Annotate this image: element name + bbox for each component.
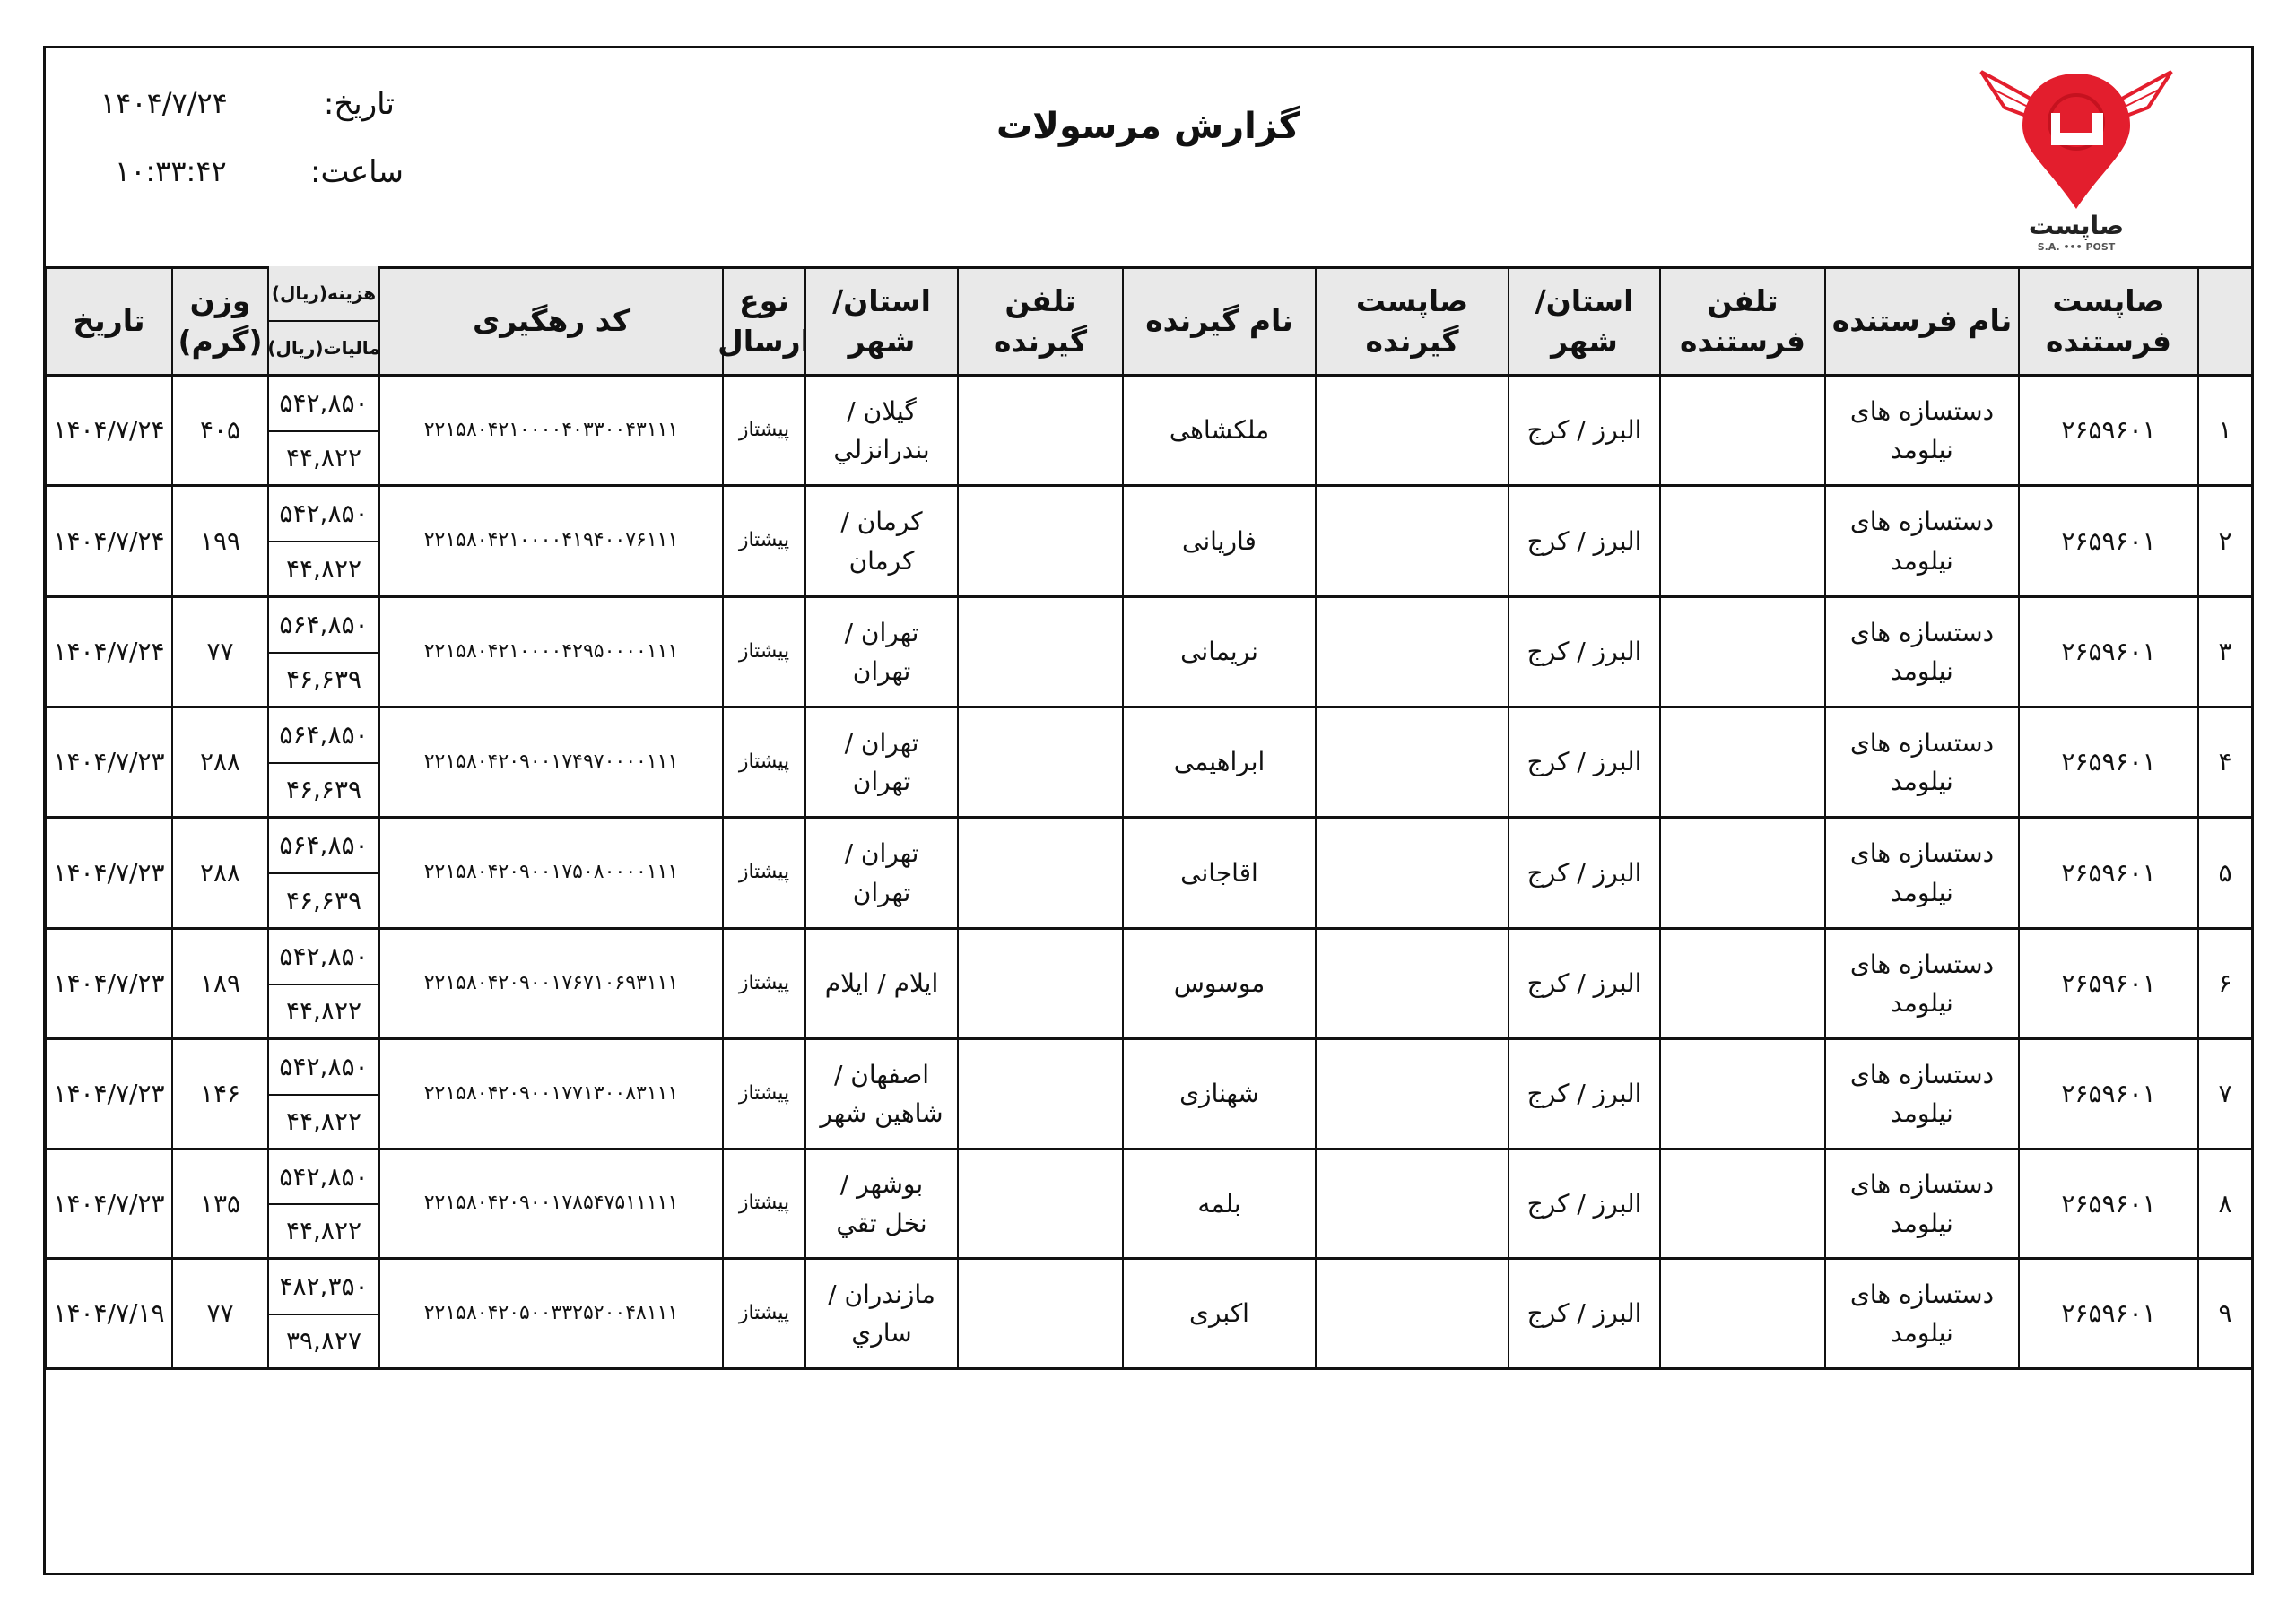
sender-sapost: ۲۶۵۹۶۰۱ <box>2020 598 2199 708</box>
tax-value: ۴۴,۸۲۲ <box>269 1096 380 1150</box>
receiver-city-text: تهران / تهران <box>815 724 948 802</box>
row-number: ۲ <box>2199 487 2253 598</box>
date: ۱۴۰۴/۷/۲۴ <box>44 487 173 598</box>
sender-name: دستسازه های نیلومد <box>1826 1040 2020 1150</box>
receiver-sapost <box>1317 819 1509 930</box>
receiver-phone <box>959 1260 1124 1370</box>
cost-value-text: ۵۶۴,۸۵۰ <box>279 826 368 864</box>
send-type-text: پیشتاز <box>739 857 789 888</box>
weight-text: ۴۰۵ <box>200 411 240 449</box>
sender-sapost: ۲۶۵۹۶۰۱ <box>2020 1260 2199 1370</box>
tax-value-text: ۴۶,۶۳۹ <box>286 770 361 809</box>
header-tax: مالیات(ریال) <box>269 322 380 377</box>
tax-value: ۴۴,۸۲۲ <box>269 1205 380 1260</box>
date-text: ۱۴۰۴/۷/۲۳ <box>53 964 164 1002</box>
receiver-name: ملکشاهی <box>1124 377 1317 487</box>
sender-city-text: البرز / کرج <box>1527 411 1642 449</box>
header-sender-city-text: استان/ شهر <box>1509 282 1659 361</box>
receiver-city-text: کرمان / کرمان <box>815 502 948 580</box>
header-receiver-sapost-text: صاپست گیرنده <box>1317 282 1508 361</box>
date: ۱۴۰۴/۷/۲۳ <box>44 1040 173 1150</box>
receiver-city-text: مازندران / ساري <box>815 1275 948 1353</box>
receiver-city: تهران / تهران <box>806 598 959 708</box>
receiver-city: بوشهر / نخل تقي <box>806 1150 959 1260</box>
date: ۱۴۰۴/۷/۲۴ <box>44 598 173 708</box>
tax-value-text: ۴۴,۸۲۲ <box>286 992 361 1030</box>
header-receiver-city-text: استان/ شهر <box>806 282 957 361</box>
receiver-phone <box>959 930 1124 1040</box>
header-tax-text: مالیات(ریال) <box>267 336 379 360</box>
sender-name: دستسازه های نیلومد <box>1826 1150 2020 1260</box>
cost-value-text: ۵۴۲,۸۵۰ <box>279 1158 368 1196</box>
sender-city: البرز / کرج <box>1509 377 1661 487</box>
sender-city-text: البرز / کرج <box>1527 1294 1642 1332</box>
weight-text: ۱۹۹ <box>200 522 240 560</box>
sender-name-text: دستسازه های نیلومد <box>1835 834 2009 912</box>
tracking-code: ۲۲۱۵۸۰۴۲۰۹۰۰۱۷۷۱۳۰۰۸۳۱۱۱ <box>380 1040 724 1150</box>
cost-value: ۵۴۲,۸۵۰ <box>269 487 380 542</box>
tracking-code-text: ۲۲۱۵۸۰۴۲۱۰۰۰۰۴۱۹۴۰۰۷۶۱۱۱ <box>424 525 679 556</box>
weight: ۴۰۵ <box>173 377 269 487</box>
header-receiver-phone: تلفن گیرنده <box>959 266 1124 377</box>
date: ۱۴۰۴/۷/۲۳ <box>44 708 173 819</box>
sender-sapost: ۲۶۵۹۶۰۱ <box>2020 819 2199 930</box>
sender-name: دستسازه های نیلومد <box>1826 487 2020 598</box>
sender-name: دستسازه های نیلومد <box>1826 708 2020 819</box>
sender-name-text: دستسازه های نیلومد <box>1835 392 2009 470</box>
tax-value: ۴۴,۸۲۲ <box>269 985 380 1040</box>
header-weight-text: وزن (گرم) <box>173 282 267 361</box>
date: ۱۴۰۴/۷/۲۳ <box>44 930 173 1040</box>
receiver-name: اکبری <box>1124 1260 1317 1370</box>
receiver-name: اقاجانی <box>1124 819 1317 930</box>
tax-value: ۴۶,۶۳۹ <box>269 764 380 819</box>
receiver-city: ایلام / ایلام <box>806 930 959 1040</box>
receiver-sapost <box>1317 1150 1509 1260</box>
tracking-code: ۲۲۱۵۸۰۴۲۰۹۰۰۱۷۴۹۷۰۰۰۰۱۱۱ <box>380 708 724 819</box>
sender-name-text: دستسازه های نیلومد <box>1835 1275 2009 1353</box>
receiver-name-text: ابراهیمی <box>1174 742 1265 781</box>
tracking-code-text: ۲۲۱۵۸۰۴۲۰۹۰۰۱۷۶۷۱۰۶۹۳۱۱۱ <box>424 968 679 999</box>
send-type-text: پیشتاز <box>739 1079 789 1109</box>
receiver-name-text: شهنازی <box>1179 1074 1259 1113</box>
receiver-sapost <box>1317 1040 1509 1150</box>
cost-value-text: ۵۴۲,۸۵۰ <box>279 1047 368 1086</box>
header-receiver-city: استان/ شهر <box>806 266 959 377</box>
tracking-code-text: ۲۲۱۵۸۰۴۲۰۹۰۰۱۷۷۱۳۰۰۸۳۱۱۱ <box>424 1079 679 1109</box>
tax-value-text: ۴۴,۸۲۲ <box>286 550 361 588</box>
sender-city-text: البرز / کرج <box>1527 742 1642 781</box>
row-number-text: ۳ <box>2218 632 2231 671</box>
header-sender-city: استان/ شهر <box>1509 266 1661 377</box>
sender-sapost-text: ۲۶۵۹۶۰۱ <box>2061 411 2155 449</box>
receiver-sapost <box>1317 377 1509 487</box>
sender-name: دستسازه های نیلومد <box>1826 819 2020 930</box>
sender-phone <box>1661 487 1826 598</box>
row-number: ۴ <box>2199 708 2253 819</box>
receiver-name: شهنازی <box>1124 1040 1317 1150</box>
sender-phone <box>1661 377 1826 487</box>
cost-value-text: ۵۴۲,۸۵۰ <box>279 937 368 976</box>
cost-value: ۵۴۲,۸۵۰ <box>269 930 380 985</box>
tracking-code: ۲۲۱۵۸۰۴۲۰۹۰۰۱۷۶۷۱۰۶۹۳۱۱۱ <box>380 930 724 1040</box>
weight-text: ۲۸۸ <box>200 854 240 892</box>
row-number: ۷ <box>2199 1040 2253 1150</box>
receiver-city-text: تهران / تهران <box>815 834 948 912</box>
tax-value-text: ۴۶,۶۳۹ <box>286 881 361 920</box>
send-type: پیشتاز <box>724 1260 806 1370</box>
header-tracking-code-text: کد رهگیری <box>473 301 630 342</box>
send-type: پیشتاز <box>724 819 806 930</box>
receiver-phone <box>959 819 1124 930</box>
date-text: ۱۴۰۴/۷/۲۳ <box>53 1184 164 1223</box>
sender-sapost-text: ۲۶۵۹۶۰۱ <box>2061 1184 2155 1223</box>
receiver-phone <box>959 487 1124 598</box>
send-type-text: پیشتاز <box>739 1188 789 1219</box>
cost-value: ۵۶۴,۸۵۰ <box>269 598 380 654</box>
sender-name-text: دستسازه های نیلومد <box>1835 1165 2009 1243</box>
send-type: پیشتاز <box>724 930 806 1040</box>
cost-value: ۵۴۲,۸۵۰ <box>269 377 380 432</box>
tracking-code-text: ۲۲۱۵۸۰۴۲۰۹۰۰۱۷۸۵۴۷۵۱۱۱۱۱ <box>424 1188 679 1219</box>
row-number-text: ۵ <box>2218 854 2231 892</box>
date-text: ۱۴۰۴/۷/۱۹ <box>53 1294 164 1332</box>
send-type-text: پیشتاز <box>739 968 789 999</box>
send-type-text: پیشتاز <box>739 415 789 446</box>
row-number-text: ۴ <box>2218 742 2231 781</box>
cost-value-text: ۴۸۲,۳۵۰ <box>279 1267 368 1305</box>
date-text: ۱۴۰۴/۷/۲۴ <box>53 522 164 560</box>
header-send-type-text: نوع ارسال <box>717 282 811 361</box>
sender-name: دستسازه های نیلومد <box>1826 1260 2020 1370</box>
receiver-name-text: موسوس <box>1174 964 1265 1002</box>
sender-phone <box>1661 930 1826 1040</box>
date-text: ۱۴۰۴/۷/۲۳ <box>53 1074 164 1113</box>
receiver-name: نریمانی <box>1124 598 1317 708</box>
send-type: پیشتاز <box>724 487 806 598</box>
row-number: ۶ <box>2199 930 2253 1040</box>
sender-name-text: دستسازه های نیلومد <box>1835 502 2009 580</box>
sender-city: البرز / کرج <box>1509 819 1661 930</box>
tax-value-text: ۴۶,۶۳۹ <box>286 660 361 698</box>
receiver-phone <box>959 598 1124 708</box>
weight: ۱۸۹ <box>173 930 269 1040</box>
row-number-text: ۹ <box>2218 1294 2231 1332</box>
sender-sapost-text: ۲۶۵۹۶۰۱ <box>2061 1294 2155 1332</box>
weight-text: ۷۷ <box>206 1294 233 1332</box>
receiver-name: بلمه <box>1124 1150 1317 1260</box>
receiver-sapost <box>1317 598 1509 708</box>
row-number-text: ۲ <box>2218 522 2231 560</box>
header-weight: وزن (گرم) <box>173 266 269 377</box>
tax-value: ۴۴,۸۲۲ <box>269 432 380 487</box>
sender-city: البرز / کرج <box>1509 1150 1661 1260</box>
sender-sapost-text: ۲۶۵۹۶۰۱ <box>2061 632 2155 671</box>
cost-value-text: ۵۶۴,۸۵۰ <box>279 605 368 644</box>
receiver-phone <box>959 377 1124 487</box>
sender-phone <box>1661 1150 1826 1260</box>
send-type-text: پیشتاز <box>739 637 789 667</box>
receiver-name-text: اکبری <box>1189 1294 1249 1332</box>
header-cost: هزینه(ریال) <box>269 266 380 322</box>
sender-name-text: دستسازه های نیلومد <box>1835 1055 2009 1133</box>
date-text: ۱۴۰۴/۷/۲۴ <box>53 632 164 671</box>
header-receiver-sapost: صاپست گیرنده <box>1317 266 1509 377</box>
sender-city: البرز / کرج <box>1509 487 1661 598</box>
sender-phone <box>1661 819 1826 930</box>
sender-city: البرز / کرج <box>1509 598 1661 708</box>
header-receiver-name-text: نام گیرنده <box>1145 301 1293 342</box>
receiver-phone <box>959 1150 1124 1260</box>
cost-value: ۴۸۲,۳۵۰ <box>269 1260 380 1315</box>
date-text: ۱۴۰۴/۷/۲۳ <box>53 854 164 892</box>
sender-phone <box>1661 1040 1826 1150</box>
shipments-table: تاریخوزن (گرم)هزینه(ریال)مالیات(ریال)کد … <box>0 0 2296 1622</box>
sender-sapost-text: ۲۶۵۹۶۰۱ <box>2061 1074 2155 1113</box>
header-date: تاریخ <box>44 266 173 377</box>
receiver-sapost <box>1317 930 1509 1040</box>
weight: ۱۹۹ <box>173 487 269 598</box>
tracking-code-text: ۲۲۱۵۸۰۴۲۰۹۰۰۱۷۵۰۸۰۰۰۰۱۱۱ <box>424 857 679 888</box>
sender-city: البرز / کرج <box>1509 1260 1661 1370</box>
row-number-text: ۸ <box>2218 1184 2231 1223</box>
tracking-code-text: ۲۲۱۵۸۰۴۲۰۵۰۰۳۳۲۵۲۰۰۴۸۱۱۱ <box>424 1298 679 1329</box>
sender-sapost: ۲۶۵۹۶۰۱ <box>2020 1040 2199 1150</box>
tracking-code-text: ۲۲۱۵۸۰۴۲۱۰۰۰۰۴۲۹۵۰۰۰۰۱۱۱ <box>424 637 679 667</box>
receiver-name-text: بلمه <box>1197 1184 1240 1223</box>
receiver-name: فاریانی <box>1124 487 1317 598</box>
row-number: ۳ <box>2199 598 2253 708</box>
receiver-name: ابراهیمی <box>1124 708 1317 819</box>
receiver-name-text: فاریانی <box>1182 522 1257 560</box>
tax-value-text: ۳۹,۸۲۷ <box>286 1322 361 1360</box>
tracking-code: ۲۲۱۵۸۰۴۲۱۰۰۰۰۴۱۹۴۰۰۷۶۱۱۱ <box>380 487 724 598</box>
header-row-number <box>2199 266 2253 377</box>
receiver-sapost <box>1317 487 1509 598</box>
sender-sapost: ۲۶۵۹۶۰۱ <box>2020 930 2199 1040</box>
sender-name-text: دستسازه های نیلومد <box>1835 724 2009 802</box>
weight-text: ۱۴۶ <box>200 1074 240 1113</box>
receiver-city: تهران / تهران <box>806 708 959 819</box>
sender-city-text: البرز / کرج <box>1527 854 1642 892</box>
tracking-code-text: ۲۲۱۵۸۰۴۲۰۹۰۰۱۷۴۹۷۰۰۰۰۱۱۱ <box>424 747 679 777</box>
cost-value: ۵۶۴,۸۵۰ <box>269 819 380 874</box>
row-number-text: ۱ <box>2218 411 2231 449</box>
receiver-name-text: اقاجانی <box>1180 854 1258 892</box>
sender-city-text: البرز / کرج <box>1527 1184 1642 1223</box>
receiver-name-text: نریمانی <box>1180 632 1258 671</box>
sender-sapost: ۲۶۵۹۶۰۱ <box>2020 1150 2199 1260</box>
receiver-city: گیلان / بندرانزلي <box>806 377 959 487</box>
receiver-name-text: ملکشاهی <box>1170 411 1269 449</box>
header-sender-name: نام فرستنده <box>1826 266 2020 377</box>
row-number: ۵ <box>2199 819 2253 930</box>
send-type: پیشتاز <box>724 1040 806 1150</box>
receiver-phone <box>959 1040 1124 1150</box>
tax-value: ۴۶,۶۳۹ <box>269 874 380 930</box>
date-text: ۱۴۰۴/۷/۲۴ <box>53 411 164 449</box>
receiver-city-text: بوشهر / نخل تقي <box>815 1165 948 1243</box>
tax-value: ۴۶,۶۳۹ <box>269 654 380 708</box>
tracking-code-text: ۲۲۱۵۸۰۴۲۱۰۰۰۰۴۰۳۳۰۰۴۳۱۱۱ <box>424 415 679 446</box>
cost-value-text: ۵۶۴,۸۵۰ <box>279 716 368 754</box>
sender-name: دستسازه های نیلومد <box>1826 377 2020 487</box>
receiver-city-text: گیلان / بندرانزلي <box>815 392 948 470</box>
tracking-code: ۲۲۱۵۸۰۴۲۰۹۰۰۱۷۸۵۴۷۵۱۱۱۱۱ <box>380 1150 724 1260</box>
receiver-city: اصفهان / شاهین شهر <box>806 1040 959 1150</box>
date: ۱۴۰۴/۷/۲۳ <box>44 1150 173 1260</box>
receiver-phone <box>959 708 1124 819</box>
date: ۱۴۰۴/۷/۲۴ <box>44 377 173 487</box>
date: ۱۴۰۴/۷/۲۳ <box>44 819 173 930</box>
send-type: پیشتاز <box>724 1150 806 1260</box>
receiver-city: مازندران / ساري <box>806 1260 959 1370</box>
receiver-city: تهران / تهران <box>806 819 959 930</box>
header-tracking-code: کد رهگیری <box>380 266 724 377</box>
sender-city: البرز / کرج <box>1509 930 1661 1040</box>
cost-value-text: ۵۴۲,۸۵۰ <box>279 494 368 533</box>
tracking-code: ۲۲۱۵۸۰۴۲۰۹۰۰۱۷۵۰۸۰۰۰۰۱۱۱ <box>380 819 724 930</box>
sender-sapost: ۲۶۵۹۶۰۱ <box>2020 708 2199 819</box>
send-type: پیشتاز <box>724 377 806 487</box>
tax-value-text: ۴۴,۸۲۲ <box>286 1211 361 1250</box>
weight: ۷۷ <box>173 1260 269 1370</box>
weight-text: ۱۸۹ <box>200 964 240 1002</box>
sender-sapost-text: ۲۶۵۹۶۰۱ <box>2061 964 2155 1002</box>
weight-text: ۲۸۸ <box>200 742 240 781</box>
cost-value: ۵۶۴,۸۵۰ <box>269 708 380 764</box>
row-number: ۹ <box>2199 1260 2253 1370</box>
receiver-city-text: ایلام / ایلام <box>825 964 938 1002</box>
sender-city-text: البرز / کرج <box>1527 1074 1642 1113</box>
sender-name: دستسازه های نیلومد <box>1826 598 2020 708</box>
row-number: ۱ <box>2199 377 2253 487</box>
tax-value: ۳۹,۸۲۷ <box>269 1315 380 1370</box>
weight: ۲۸۸ <box>173 819 269 930</box>
sender-sapost-text: ۲۶۵۹۶۰۱ <box>2061 522 2155 560</box>
header-sender-sapost-text: صاپست فرستنده <box>2020 282 2197 361</box>
header-date-text: تاریخ <box>74 301 145 342</box>
send-type-text: پیشتاز <box>739 747 789 777</box>
sender-city-text: البرز / کرج <box>1527 522 1642 560</box>
tax-value-text: ۴۴,۸۲۲ <box>286 438 361 477</box>
cost-value: ۵۴۲,۸۵۰ <box>269 1150 380 1205</box>
sender-sapost: ۲۶۵۹۶۰۱ <box>2020 377 2199 487</box>
sender-sapost-text: ۲۶۵۹۶۰۱ <box>2061 742 2155 781</box>
sender-city-text: البرز / کرج <box>1527 632 1642 671</box>
header-receiver-name: نام گیرنده <box>1124 266 1317 377</box>
tax-value-text: ۴۴,۸۲۲ <box>286 1102 361 1141</box>
weight-text: ۱۳۵ <box>200 1184 240 1223</box>
tracking-code: ۲۲۱۵۸۰۴۲۰۵۰۰۳۳۲۵۲۰۰۴۸۱۱۱ <box>380 1260 724 1370</box>
sender-city: البرز / کرج <box>1509 1040 1661 1150</box>
sender-phone <box>1661 708 1826 819</box>
row-number: ۸ <box>2199 1150 2253 1260</box>
row-number-text: ۷ <box>2218 1074 2231 1113</box>
header-sender-name-text: نام فرستنده <box>1832 301 2013 342</box>
date-text: ۱۴۰۴/۷/۲۳ <box>53 742 164 781</box>
weight: ۲۸۸ <box>173 708 269 819</box>
sender-name-text: دستسازه های نیلومد <box>1835 613 2009 691</box>
tax-value: ۴۴,۸۲۲ <box>269 542 380 598</box>
sender-name: دستسازه های نیلومد <box>1826 930 2020 1040</box>
send-type-text: پیشتاز <box>739 1298 789 1329</box>
send-type: پیشتاز <box>724 708 806 819</box>
receiver-city: کرمان / کرمان <box>806 487 959 598</box>
weight: ۱۴۶ <box>173 1040 269 1150</box>
header-sender-phone-text: تلفن فرستنده <box>1661 282 1824 361</box>
date: ۱۴۰۴/۷/۱۹ <box>44 1260 173 1370</box>
header-receiver-phone-text: تلفن گیرنده <box>959 282 1122 361</box>
weight-text: ۷۷ <box>206 632 233 671</box>
row-number-text: ۶ <box>2218 964 2231 1002</box>
header-sender-phone: تلفن فرستنده <box>1661 266 1826 377</box>
sender-sapost: ۲۶۵۹۶۰۱ <box>2020 487 2199 598</box>
weight: ۷۷ <box>173 598 269 708</box>
header-cost-text: هزینه(ریال) <box>272 282 376 306</box>
sender-city: البرز / کرج <box>1509 708 1661 819</box>
cost-value: ۵۴۲,۸۵۰ <box>269 1040 380 1096</box>
tracking-code: ۲۲۱۵۸۰۴۲۱۰۰۰۰۴۲۹۵۰۰۰۰۱۱۱ <box>380 598 724 708</box>
cost-value-text: ۵۴۲,۸۵۰ <box>279 384 368 422</box>
receiver-city-text: تهران / تهران <box>815 613 948 691</box>
receiver-name: موسوس <box>1124 930 1317 1040</box>
receiver-sapost <box>1317 708 1509 819</box>
sender-name-text: دستسازه های نیلومد <box>1835 945 2009 1023</box>
tracking-code: ۲۲۱۵۸۰۴۲۱۰۰۰۰۴۰۳۳۰۰۴۳۱۱۱ <box>380 377 724 487</box>
send-type-text: پیشتاز <box>739 525 789 556</box>
header-send-type: نوع ارسال <box>724 266 806 377</box>
weight: ۱۳۵ <box>173 1150 269 1260</box>
receiver-city-text: اصفهان / شاهین شهر <box>815 1055 948 1133</box>
sender-phone <box>1661 1260 1826 1370</box>
sender-sapost-text: ۲۶۵۹۶۰۱ <box>2061 854 2155 892</box>
send-type: پیشتاز <box>724 598 806 708</box>
sender-city-text: البرز / کرج <box>1527 964 1642 1002</box>
sender-phone <box>1661 598 1826 708</box>
header-sender-sapost: صاپست فرستنده <box>2020 266 2199 377</box>
receiver-sapost <box>1317 1260 1509 1370</box>
